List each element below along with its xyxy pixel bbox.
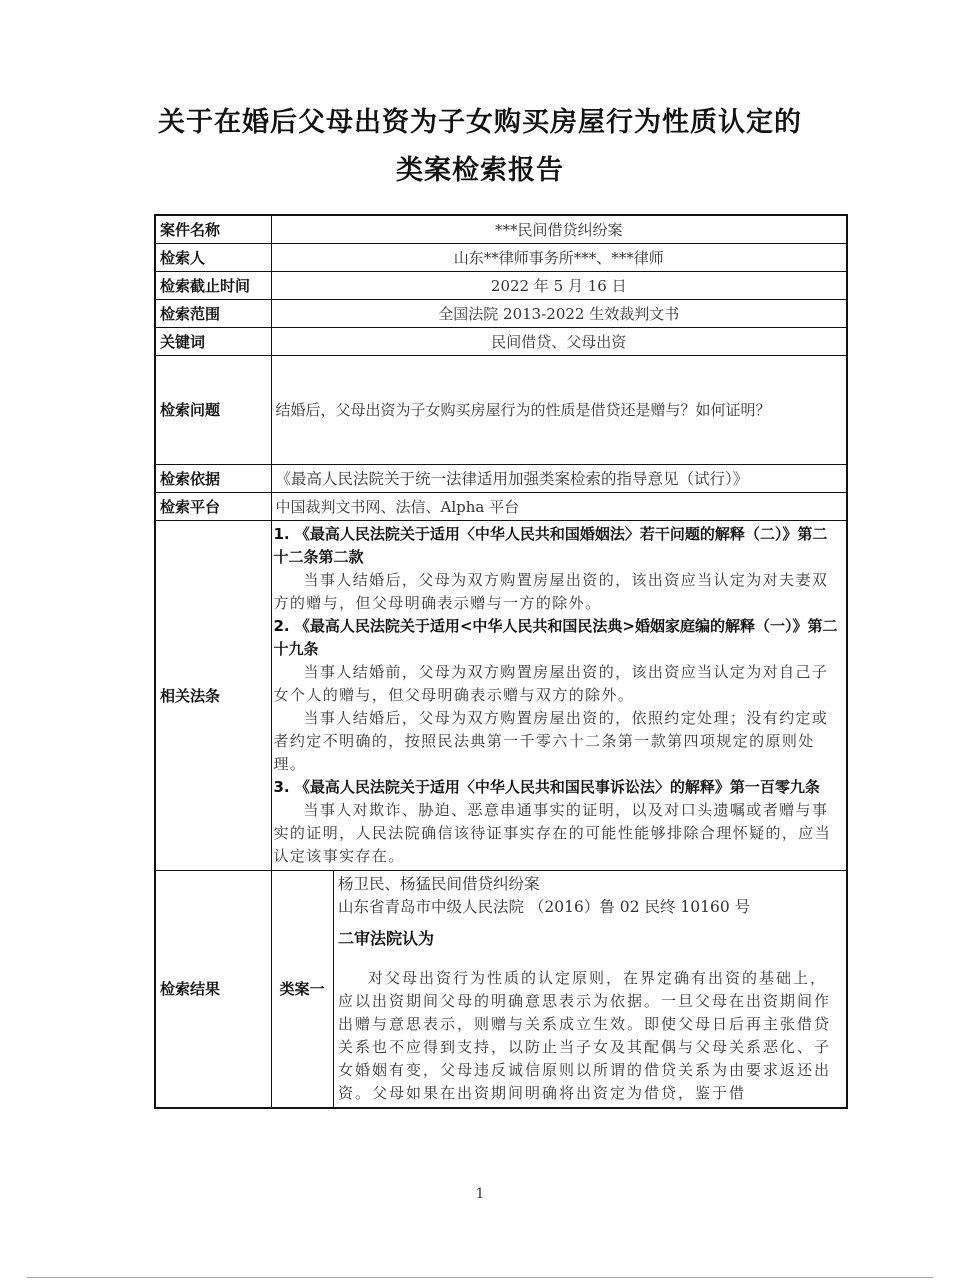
label-searcher: 检索人 <box>155 244 271 272</box>
value-scope: 全国法院 2013-2022 生效裁判文书 <box>271 300 847 328</box>
law-2-paragraph-1: 当事人结婚前，父母为双方购置房屋出资的，该出资应当认定为对自己子女个人的赠与，但… <box>274 661 843 707</box>
label-basis: 检索依据 <box>155 465 271 493</box>
law-2-paragraph-2: 当事人结婚后，父母为双方购置房屋出资的，依照约定处理；没有约定或者约定不明确的，… <box>274 707 843 776</box>
label-scope: 检索范围 <box>155 300 271 328</box>
row-laws: 相关法条 1. 《最高人民法院关于适用〈中华人民共和国婚姻法〉若干问题的解释（二… <box>155 521 847 871</box>
value-deadline: 2022 年 5 月 16 日 <box>271 272 847 300</box>
case-1-table: 类案一 杨卫民、杨猛民间借贷纠纷案 山东省青岛市中级人民法院 （2016）鲁 0… <box>276 871 843 1107</box>
value-keywords: 民间借贷、父母出资 <box>271 328 847 356</box>
page-bottom-divider <box>27 1277 933 1278</box>
page-number: 1 <box>0 1186 960 1202</box>
case-1-body: 杨卫民、杨猛民间借贷纠纷案 山东省青岛市中级人民法院 （2016）鲁 02 民终… <box>334 871 843 1107</box>
case-1-paragraph: 对父母出资行为性质的认定原则，在界定确有出资的基础上，应以出资期间父母的明确意思… <box>338 959 838 1105</box>
report-table: 案件名称 ***民间借贷纠纷案 检索人 山东**律师事务所***、***律师 检… <box>154 214 848 1109</box>
law-3-paragraph-1: 当事人对欺诈、胁迫、恶意串通事实的证明，以及对口头遗嘱或者赠与事实的证明，人民法… <box>274 799 843 868</box>
row-case-name: 案件名称 ***民间借贷纠纷案 <box>155 215 847 244</box>
law-2-title: 2. 《最高人民法院关于适用<中华人民共和国民法典>婚姻家庭编的解释（一）》第二… <box>274 615 843 661</box>
value-searcher: 山东**律师事务所***、***律师 <box>271 244 847 272</box>
value-case-name: ***民间借贷纠纷案 <box>271 215 847 244</box>
row-question: 检索问题 结婚后，父母出资为子女购买房屋行为的性质是借贷还是赠与？如何证明？ <box>155 356 847 465</box>
results-content: 类案一 杨卫民、杨猛民间借贷纠纷案 山东省青岛市中级人民法院 （2016）鲁 0… <box>271 871 847 1109</box>
law-1-paragraph-1: 当事人结婚后，父母为双方购置房屋出资的，该出资应当认定为对夫妻双方的赠与，但父母… <box>274 569 843 615</box>
row-basis: 检索依据 《最高人民法院关于统一法律适用加强类案检索的指导意见（试行）》 <box>155 465 847 493</box>
row-deadline: 检索截止时间 2022 年 5 月 16 日 <box>155 272 847 300</box>
label-results: 检索结果 <box>155 871 271 1109</box>
row-searcher: 检索人 山东**律师事务所***、***律师 <box>155 244 847 272</box>
case-1-court-ref: 山东省青岛市中级人民法院 （2016）鲁 02 民终 10160 号 <box>338 896 838 919</box>
document-title-line-1: 关于在婚后父母出资为子女购买房屋行为性质认定的 <box>0 100 960 139</box>
row-keywords: 关键词 民间借贷、父母出资 <box>155 328 847 356</box>
case-1-name: 杨卫民、杨猛民间借贷纠纷案 <box>338 873 838 896</box>
label-platform: 检索平台 <box>155 493 271 521</box>
value-basis: 《最高人民法院关于统一法律适用加强类案检索的指导意见（试行）》 <box>271 465 847 493</box>
law-1-title: 1. 《最高人民法院关于适用〈中华人民共和国婚姻法〉若干问题的解释（二）》第二十… <box>274 523 843 569</box>
laws-content: 1. 《最高人民法院关于适用〈中华人民共和国婚姻法〉若干问题的解释（二）》第二十… <box>271 521 847 871</box>
label-question: 检索问题 <box>155 356 271 465</box>
case-1-heading: 二审法院认为 <box>338 919 838 959</box>
value-question: 结婚后，父母出资为子女购买房屋行为的性质是借贷还是赠与？如何证明？ <box>271 356 847 465</box>
law-3-title: 3. 《最高人民法院关于适用〈中华人民共和国民事诉讼法〉的解释》第一百零九条 <box>274 776 843 799</box>
value-platform: 中国裁判文书网、法信、Alpha 平台 <box>271 493 847 521</box>
document-title-line-2: 类案检索报告 <box>0 148 960 187</box>
label-case-name: 案件名称 <box>155 215 271 244</box>
label-keywords: 关键词 <box>155 328 271 356</box>
label-deadline: 检索截止时间 <box>155 272 271 300</box>
row-scope: 检索范围 全国法院 2013-2022 生效裁判文书 <box>155 300 847 328</box>
row-platform: 检索平台 中国裁判文书网、法信、Alpha 平台 <box>155 493 847 521</box>
row-results: 检索结果 类案一 杨卫民、杨猛民间借贷纠纷案 山东省青岛市中级人民法院 （201… <box>155 871 847 1109</box>
case-1-label: 类案一 <box>276 871 334 1107</box>
label-laws: 相关法条 <box>155 521 271 871</box>
